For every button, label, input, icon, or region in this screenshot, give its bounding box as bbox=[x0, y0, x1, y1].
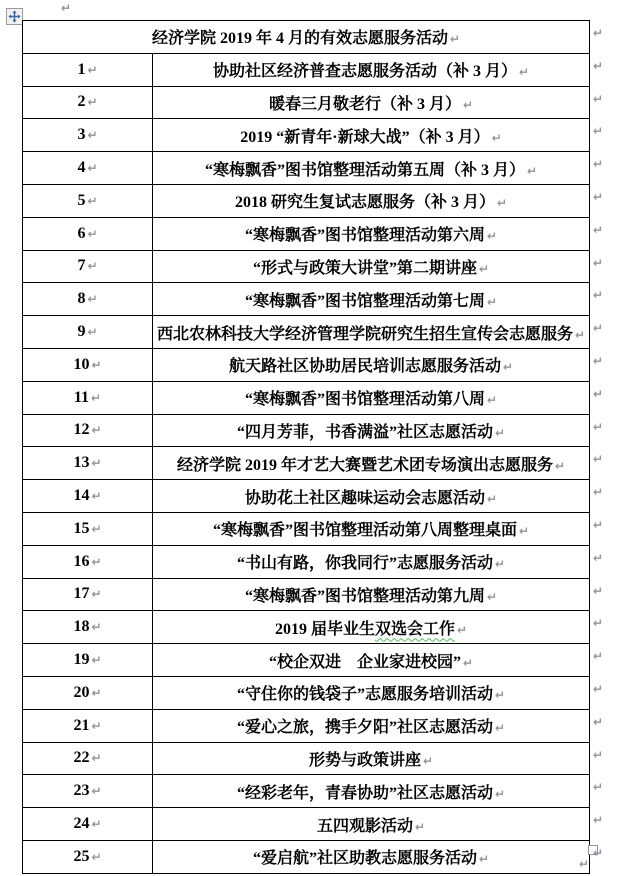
activity-number: 12 bbox=[73, 421, 89, 438]
cell-end-mark: ↵ bbox=[87, 63, 97, 77]
row-end-mark: ↵ bbox=[593, 125, 603, 137]
table-row: 3↵ 2019 “新青年·新球大战”（补 3 月）↵ bbox=[23, 119, 590, 152]
row-end-mark: ↵ bbox=[593, 191, 603, 203]
table-title-row: 经济学院 2019 年 4 月的有效志愿服务活动↵ bbox=[23, 21, 590, 54]
activity-name: “四月芳菲，书香满溢”社区志愿活动 bbox=[237, 424, 493, 441]
row-end-mark: ↵ bbox=[593, 847, 603, 859]
row-end-mark: ↵ bbox=[593, 650, 603, 662]
cell-end-mark: ↵ bbox=[575, 328, 585, 342]
table-row: 10↵ 航天路社区协助居民培训志愿服务活动↵ bbox=[23, 348, 590, 381]
activity-number: 14 bbox=[73, 487, 89, 504]
activity-name-cell[interactable]: “寒梅飘香”图书馆整理活动第五周（补 3 月）↵ bbox=[153, 152, 590, 185]
activities-table: 经济学院 2019 年 4 月的有效志愿服务活动↵ 1↵ 协助社区经济普查志愿服… bbox=[22, 20, 590, 874]
activity-name-cell[interactable]: “寒梅飘香”图书馆整理活动第七周↵ bbox=[153, 283, 590, 316]
activity-name: “寒梅飘香”图书馆整理活动第五周（补 3 月） bbox=[205, 162, 525, 179]
row-end-mark: ↵ bbox=[593, 421, 603, 433]
cell-end-mark: ↵ bbox=[463, 98, 473, 112]
activity-name: 航天路社区协助居民培训志愿服务活动 bbox=[229, 358, 501, 375]
cell-end-mark: ↵ bbox=[87, 259, 97, 273]
row-end-mark: ↵ bbox=[593, 257, 603, 269]
activity-name-cell[interactable]: “书山有路，你我同行”志愿服务活动↵ bbox=[153, 545, 590, 578]
activity-name-cell[interactable]: 暖春三月敬老行（补 3 月）↵ bbox=[153, 86, 590, 119]
row-end-mark: ↵ bbox=[593, 716, 603, 728]
row-end-mark: ↵ bbox=[593, 93, 603, 105]
table-row: 6↵ “寒梅飘香”图书馆整理活动第六周↵ bbox=[23, 217, 590, 250]
activity-name: “寒梅飘香”图书馆整理活动第八周整理桌面 bbox=[213, 522, 517, 539]
cell-end-mark: ↵ bbox=[423, 754, 433, 768]
paragraph-mark: ↵ bbox=[61, 2, 71, 14]
row-end-mark: ↵ bbox=[593, 486, 603, 498]
activity-number: 18 bbox=[73, 618, 89, 635]
row-end-mark: ↵ bbox=[593, 322, 603, 334]
cell-end-mark: ↵ bbox=[492, 131, 502, 145]
cell-end-mark: ↵ bbox=[457, 623, 467, 637]
activity-number: 21 bbox=[73, 717, 89, 734]
activity-number-cell[interactable]: 23↵ bbox=[23, 775, 153, 808]
activity-name: 2019 “新青年·新球大战”（补 3 月） bbox=[240, 129, 489, 146]
activity-number: 1 bbox=[77, 61, 85, 78]
activity-number-cell[interactable]: 15↵ bbox=[23, 512, 153, 545]
table-row: 2↵ 暖春三月敬老行（补 3 月）↵ bbox=[23, 86, 590, 119]
activity-number: 15 bbox=[73, 520, 89, 537]
cell-end-mark: ↵ bbox=[450, 32, 460, 46]
table-row: 17↵ “寒梅飘香”图书馆整理活动第九周↵ bbox=[23, 578, 590, 611]
table-title-cell[interactable]: 经济学院 2019 年 4 月的有效志愿服务活动↵ bbox=[23, 21, 590, 54]
activity-number-cell[interactable]: 16↵ bbox=[23, 545, 153, 578]
activity-name-cell[interactable]: “寒梅飘香”图书馆整理活动第六周↵ bbox=[153, 217, 590, 250]
activity-number-cell[interactable]: 18↵ bbox=[23, 611, 153, 644]
activity-name: “形式与政策大讲堂”第二期讲座 bbox=[253, 260, 477, 277]
activity-name-cell[interactable]: “爱启航”社区助教志愿服务活动↵ bbox=[153, 840, 590, 873]
cell-end-mark: ↵ bbox=[495, 721, 505, 735]
activity-name: 暖春三月敬老行（补 3 月） bbox=[269, 96, 461, 113]
table-move-handle[interactable] bbox=[6, 8, 23, 25]
activity-number-cell[interactable]: 9↵ bbox=[23, 316, 153, 349]
four-way-arrow-icon bbox=[8, 10, 21, 23]
activity-name: “守住你的钱袋子”志愿服务培训活动 bbox=[237, 686, 493, 703]
cell-end-mark: ↵ bbox=[91, 850, 101, 864]
activity-number: 24 bbox=[73, 815, 89, 832]
table-row: 22↵ 形势与政策讲座↵ bbox=[23, 742, 590, 775]
document-page: ↵ 经济学院 2019 年 4 月的有效志愿服务活动↵ 1↵ 协助社区经济普查志… bbox=[0, 0, 622, 876]
cell-end-mark: ↵ bbox=[479, 262, 489, 276]
activity-name: 形势与政策讲座 bbox=[309, 752, 421, 769]
cell-end-mark: ↵ bbox=[87, 227, 97, 241]
cell-end-mark: ↵ bbox=[91, 522, 101, 536]
table-row: 5↵ 2018 研究生复试志愿服务（补 3 月）↵ bbox=[23, 184, 590, 217]
cell-end-mark: ↵ bbox=[91, 423, 101, 437]
activity-name-cell[interactable]: “寒梅飘香”图书馆整理活动第八周整理桌面↵ bbox=[153, 512, 590, 545]
activity-number-cell[interactable]: 19↵ bbox=[23, 644, 153, 677]
activity-name-cell[interactable]: 协助花土社区趣味运动会志愿活动↵ bbox=[153, 480, 590, 513]
table-row: 13↵ 经济学院 2019 年才艺大赛暨艺术团专场演出志愿服务↵ bbox=[23, 447, 590, 480]
activity-number-cell[interactable]: 11↵ bbox=[23, 381, 153, 414]
activity-name: 2018 研究生复试志愿服务（补 3 月） bbox=[235, 194, 495, 211]
cell-end-mark: ↵ bbox=[91, 358, 101, 372]
activity-name-cell[interactable]: “形式与政策大讲堂”第二期讲座↵ bbox=[153, 250, 590, 283]
activity-name: 2019 届毕业生双选会工作 bbox=[275, 621, 455, 638]
activity-number-cell[interactable]: 2↵ bbox=[23, 86, 153, 119]
activity-number-cell[interactable]: 6↵ bbox=[23, 217, 153, 250]
activity-name-cell[interactable]: 2019 “新青年·新球大战”（补 3 月）↵ bbox=[153, 119, 590, 152]
cell-end-mark: ↵ bbox=[415, 820, 425, 834]
table-row: 8↵ “寒梅飘香”图书馆整理活动第七周↵ bbox=[23, 283, 590, 316]
cell-end-mark: ↵ bbox=[479, 852, 489, 866]
paragraph-mark: ↵ bbox=[579, 858, 589, 870]
activity-name-cell[interactable]: “寒梅飘香”图书馆整理活动第八周↵ bbox=[153, 381, 590, 414]
cell-end-mark: ↵ bbox=[91, 719, 101, 733]
table-row: 7↵ “形式与政策大讲堂”第二期讲座↵ bbox=[23, 250, 590, 283]
row-end-mark: ↵ bbox=[593, 814, 603, 826]
activity-name: “寒梅飘香”图书馆整理活动第七周 bbox=[245, 293, 485, 310]
activity-name-cell[interactable]: “校企双进 企业家进校园”↵ bbox=[153, 644, 590, 677]
activity-number: 2 bbox=[77, 93, 85, 110]
activity-number: 23 bbox=[73, 782, 89, 799]
cell-end-mark: ↵ bbox=[495, 787, 505, 801]
row-end-mark: ↵ bbox=[593, 355, 603, 367]
cell-end-mark: ↵ bbox=[91, 751, 101, 765]
table-row: 23↵ “经彩老年，青春协助”社区志愿活动↵ bbox=[23, 775, 590, 808]
table-row: 14↵ 协助花土社区趣味运动会志愿活动↵ bbox=[23, 480, 590, 513]
grammar-check-text: 双选会工作 bbox=[375, 621, 455, 638]
activity-name: 协助花土社区趣味运动会志愿活动 bbox=[245, 490, 485, 507]
activity-number: 25 bbox=[73, 848, 89, 865]
activity-number-cell[interactable]: 4↵ bbox=[23, 152, 153, 185]
row-end-mark: ↵ bbox=[593, 781, 603, 793]
activity-number: 11 bbox=[74, 389, 89, 406]
row-end-mark: ↵ bbox=[593, 453, 603, 465]
table-row: 1↵ 协助社区经济普查志愿服务活动（补 3 月）↵ bbox=[23, 53, 590, 86]
cell-end-mark: ↵ bbox=[87, 194, 97, 208]
activity-number-cell[interactable]: 14↵ bbox=[23, 480, 153, 513]
row-end-mark: ↵ bbox=[593, 519, 603, 531]
activity-number-cell[interactable]: 5↵ bbox=[23, 184, 153, 217]
activity-number: 9 bbox=[77, 323, 85, 340]
cell-end-mark: ↵ bbox=[91, 391, 101, 405]
activity-number-cell[interactable]: 20↵ bbox=[23, 676, 153, 709]
activity-name-cell[interactable]: 五四观影活动↵ bbox=[153, 808, 590, 841]
cell-end-mark: ↵ bbox=[519, 524, 529, 538]
activity-name: 五四观影活动 bbox=[317, 818, 413, 835]
row-end-mark: ↵ bbox=[593, 27, 603, 39]
cell-end-mark: ↵ bbox=[527, 164, 537, 178]
table-row: 20↵ “守住你的钱袋子”志愿服务培训活动↵ bbox=[23, 676, 590, 709]
table-row: 12↵ “四月芳菲，书香满溢”社区志愿活动↵ bbox=[23, 414, 590, 447]
cell-end-mark: ↵ bbox=[91, 587, 101, 601]
activity-number: 7 bbox=[77, 257, 85, 274]
cell-end-mark: ↵ bbox=[91, 555, 101, 569]
activity-name-cell[interactable]: “经彩老年，青春协助”社区志愿活动↵ bbox=[153, 775, 590, 808]
activity-name: “爱心之旅，携手夕阳”社区志愿活动 bbox=[237, 719, 493, 736]
activity-number-cell[interactable]: 8↵ bbox=[23, 283, 153, 316]
row-end-mark: ↵ bbox=[593, 158, 603, 170]
cell-end-mark: ↵ bbox=[503, 360, 513, 374]
cell-end-mark: ↵ bbox=[91, 653, 101, 667]
activity-number: 20 bbox=[73, 684, 89, 701]
activity-name-cell[interactable]: 协助社区经济普查志愿服务活动（补 3 月）↵ bbox=[153, 53, 590, 86]
activity-number: 3 bbox=[77, 126, 85, 143]
cell-end-mark: ↵ bbox=[487, 295, 497, 309]
activity-name: “爱启航”社区助教志愿服务活动 bbox=[253, 850, 477, 867]
activity-number: 6 bbox=[77, 225, 85, 242]
activity-number-cell[interactable]: 10↵ bbox=[23, 348, 153, 381]
activity-name: “寒梅飘香”图书馆整理活动第六周 bbox=[245, 227, 485, 244]
activity-name: “校企双进 企业家进校园” bbox=[269, 654, 461, 671]
activity-name-cell[interactable]: 2018 研究生复试志愿服务（补 3 月）↵ bbox=[153, 184, 590, 217]
activity-name: “书山有路，你我同行”志愿服务活动 bbox=[237, 555, 493, 572]
activity-number-cell[interactable]: 7↵ bbox=[23, 250, 153, 283]
cell-end-mark: ↵ bbox=[487, 492, 497, 506]
activity-name-cell[interactable]: 形势与政策讲座↵ bbox=[153, 742, 590, 775]
activity-number: 19 bbox=[73, 651, 89, 668]
cell-end-mark: ↵ bbox=[555, 459, 565, 473]
table-row: 19↵ “校企双进 企业家进校园”↵ bbox=[23, 644, 590, 677]
row-end-mark: ↵ bbox=[593, 388, 603, 400]
row-end-mark: ↵ bbox=[593, 289, 603, 301]
activity-name-cell[interactable]: “四月芳菲，书香满溢”社区志愿活动↵ bbox=[153, 414, 590, 447]
cell-end-mark: ↵ bbox=[91, 686, 101, 700]
table-row: 21↵ “爱心之旅，携手夕阳”社区志愿活动↵ bbox=[23, 709, 590, 742]
activity-name: 西北农林科技大学经济管理学院研究生招生宣传会志愿服务 bbox=[157, 326, 573, 343]
row-end-mark: ↵ bbox=[593, 224, 603, 236]
activity-name: 经济学院 2019 年才艺大赛暨艺术团专场演出志愿服务 bbox=[177, 457, 553, 474]
row-end-mark: ↵ bbox=[593, 585, 603, 597]
activity-number: 4 bbox=[77, 159, 85, 176]
activity-number: 22 bbox=[73, 749, 89, 766]
cell-end-mark: ↵ bbox=[519, 65, 529, 79]
activity-name: 协助社区经济普查志愿服务活动（补 3 月） bbox=[213, 63, 517, 80]
activity-number-cell[interactable]: 22↵ bbox=[23, 742, 153, 775]
cell-end-mark: ↵ bbox=[87, 161, 97, 175]
row-end-mark: ↵ bbox=[593, 749, 603, 761]
activity-number: 17 bbox=[73, 585, 89, 602]
table-row: 24↵ 五四观影活动↵ bbox=[23, 808, 590, 841]
activity-number: 5 bbox=[77, 192, 85, 209]
table-row: 9↵ 西北农林科技大学经济管理学院研究生招生宣传会志愿服务↵ bbox=[23, 316, 590, 349]
table-row: 15↵ “寒梅飘香”图书馆整理活动第八周整理桌面↵ bbox=[23, 512, 590, 545]
cell-end-mark: ↵ bbox=[495, 557, 505, 571]
activity-number-cell[interactable]: 13↵ bbox=[23, 447, 153, 480]
activity-number-cell[interactable]: 3↵ bbox=[23, 119, 153, 152]
table-title: 经济学院 2019 年 4 月的有效志愿服务活动 bbox=[152, 30, 448, 47]
activity-name-cell[interactable]: 西北农林科技大学经济管理学院研究生招生宣传会志愿服务↵ bbox=[153, 316, 590, 349]
activity-number-cell[interactable]: 1↵ bbox=[23, 53, 153, 86]
activity-number: 13 bbox=[73, 454, 89, 471]
cell-end-mark: ↵ bbox=[487, 393, 497, 407]
activity-name-cell[interactable]: 经济学院 2019 年才艺大赛暨艺术团专场演出志愿服务↵ bbox=[153, 447, 590, 480]
activity-number-cell[interactable]: 12↵ bbox=[23, 414, 153, 447]
cell-end-mark: ↵ bbox=[87, 95, 97, 109]
activity-name-cell[interactable]: 航天路社区协助居民培训志愿服务活动↵ bbox=[153, 348, 590, 381]
activity-number: 10 bbox=[73, 356, 89, 373]
cell-end-mark: ↵ bbox=[495, 426, 505, 440]
table-row: 25↵ “爱启航”社区助教志愿服务活动↵ bbox=[23, 840, 590, 873]
table-row: 11↵ “寒梅飘香”图书馆整理活动第八周↵ bbox=[23, 381, 590, 414]
cell-end-mark: ↵ bbox=[463, 656, 473, 670]
activity-name-cell[interactable]: “爱心之旅，携手夕阳”社区志愿活动↵ bbox=[153, 709, 590, 742]
row-end-mark: ↵ bbox=[593, 617, 603, 629]
cell-end-mark: ↵ bbox=[87, 325, 97, 339]
activity-number-cell[interactable]: 24↵ bbox=[23, 808, 153, 841]
cell-end-mark: ↵ bbox=[91, 489, 101, 503]
activity-name: “经彩老年，青春协助”社区志愿活动 bbox=[237, 785, 493, 802]
activity-number-cell[interactable]: 17↵ bbox=[23, 578, 153, 611]
activity-number-cell[interactable]: 25↵ bbox=[23, 840, 153, 873]
activity-name-cell[interactable]: 2019 届毕业生双选会工作↵ bbox=[153, 611, 590, 644]
activity-name-cell[interactable]: “寒梅飘香”图书馆整理活动第九周↵ bbox=[153, 578, 590, 611]
cell-end-mark: ↵ bbox=[87, 128, 97, 142]
cell-end-mark: ↵ bbox=[495, 688, 505, 702]
cell-end-mark: ↵ bbox=[487, 590, 497, 604]
activity-number: 16 bbox=[73, 553, 89, 570]
table-row: 18↵ 2019 届毕业生双选会工作↵ bbox=[23, 611, 590, 644]
table-row: 16↵ “书山有路，你我同行”志愿服务活动↵ bbox=[23, 545, 590, 578]
table-row: 4↵ “寒梅飘香”图书馆整理活动第五周（补 3 月）↵ bbox=[23, 152, 590, 185]
cell-end-mark: ↵ bbox=[91, 784, 101, 798]
cell-end-mark: ↵ bbox=[487, 229, 497, 243]
activity-name-cell[interactable]: “守住你的钱袋子”志愿服务培训活动↵ bbox=[153, 676, 590, 709]
activity-name: “寒梅飘香”图书馆整理活动第八周 bbox=[245, 391, 485, 408]
cell-end-mark: ↵ bbox=[497, 196, 507, 210]
activity-name: “寒梅飘香”图书馆整理活动第九周 bbox=[245, 588, 485, 605]
row-end-mark: ↵ bbox=[593, 60, 603, 72]
cell-end-mark: ↵ bbox=[91, 620, 101, 634]
activity-number-cell[interactable]: 21↵ bbox=[23, 709, 153, 742]
row-end-mark: ↵ bbox=[593, 683, 603, 695]
cell-end-mark: ↵ bbox=[91, 456, 101, 470]
cell-end-mark: ↵ bbox=[91, 817, 101, 831]
cell-end-mark: ↵ bbox=[87, 292, 97, 306]
activity-number: 8 bbox=[77, 290, 85, 307]
row-end-mark: ↵ bbox=[593, 552, 603, 564]
